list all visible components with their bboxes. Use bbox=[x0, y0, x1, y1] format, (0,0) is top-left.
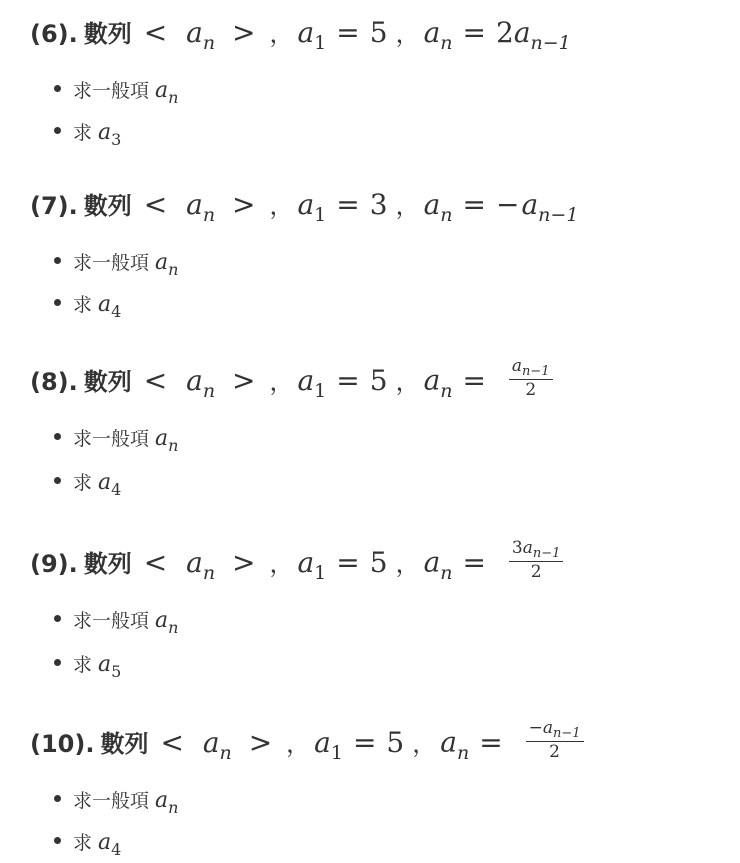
problem-heading: (7). 數列 < an > ， a1=3 ， an=−an−1 bbox=[30, 186, 578, 221]
sequence-notation: < an > bbox=[144, 546, 256, 579]
task-math: an bbox=[155, 608, 178, 633]
task-sub: n bbox=[168, 260, 178, 279]
comma: ， bbox=[269, 544, 293, 579]
problem-title: 數列 bbox=[84, 544, 132, 579]
task-item: 求一般項 an bbox=[54, 424, 178, 451]
task-sub: n bbox=[168, 88, 178, 107]
task-text: 求 bbox=[73, 118, 92, 145]
recurrence: an=−an−1 bbox=[424, 188, 579, 221]
init-sub: 1 bbox=[314, 562, 326, 584]
task-text: 求 bbox=[73, 290, 92, 317]
denominator: 2 bbox=[525, 380, 536, 400]
init-value: 5 bbox=[386, 726, 404, 759]
task-math: a4 bbox=[98, 470, 121, 495]
initial-condition: a1=5 bbox=[314, 726, 404, 759]
rec-var: a bbox=[424, 546, 441, 579]
problem-number: (7). bbox=[30, 192, 78, 220]
comma: ， bbox=[286, 724, 310, 759]
equals: = bbox=[336, 364, 359, 397]
problem-title: 數列 bbox=[84, 186, 132, 221]
seq-var: a bbox=[186, 16, 203, 49]
rhs-sub: n−1 bbox=[533, 546, 561, 561]
task-item: 求一般項 an bbox=[54, 786, 178, 813]
initial-condition: a1=5 bbox=[297, 546, 387, 579]
task-var: a bbox=[155, 608, 168, 633]
task-text: 求一般項 bbox=[73, 606, 149, 633]
problem-title: 數列 bbox=[100, 724, 148, 759]
task-var: a bbox=[155, 78, 168, 103]
angle-close: > bbox=[232, 546, 255, 579]
seq-sub: n bbox=[203, 32, 215, 54]
init-sub: 1 bbox=[314, 380, 326, 402]
comma: ， bbox=[269, 186, 293, 221]
seq-sub: n bbox=[203, 204, 215, 226]
task-item: 求 a5 bbox=[54, 650, 121, 677]
sequence-notation: < an > bbox=[144, 16, 256, 49]
angle-close: > bbox=[232, 364, 255, 397]
rec-var: a bbox=[440, 726, 457, 759]
task-var: a bbox=[98, 830, 111, 855]
sequence-notation: < an > bbox=[160, 726, 272, 759]
rhs-var: a bbox=[512, 356, 522, 376]
task-math: a5 bbox=[98, 652, 121, 677]
task-math: a4 bbox=[98, 830, 121, 855]
problem-title: 數列 bbox=[84, 362, 132, 397]
equals: = bbox=[463, 546, 486, 579]
task-math: a4 bbox=[98, 292, 121, 317]
task-sub: n bbox=[168, 798, 178, 817]
denominator: 2 bbox=[549, 742, 560, 762]
bullet-icon bbox=[54, 257, 61, 264]
numerator: an−1 bbox=[509, 356, 553, 380]
rec-var: a bbox=[424, 188, 441, 221]
seq-var: a bbox=[186, 188, 203, 221]
task-text: 求 bbox=[73, 650, 92, 677]
equals: = bbox=[463, 364, 486, 397]
comma: ， bbox=[269, 14, 293, 49]
rec-sub: n bbox=[457, 742, 469, 764]
task-sub: 4 bbox=[111, 480, 121, 499]
angle-open: < bbox=[144, 546, 167, 579]
task-item: 求一般項 an bbox=[54, 606, 178, 633]
task-math: an bbox=[155, 426, 178, 451]
init-var: a bbox=[297, 188, 314, 221]
rec-sub: n bbox=[440, 562, 452, 584]
init-value: 5 bbox=[370, 546, 388, 579]
rhs-var: a bbox=[514, 16, 531, 49]
equals: = bbox=[353, 726, 376, 759]
fraction: 3an−1 2 bbox=[509, 538, 564, 582]
initial-condition: a1=5 bbox=[297, 364, 387, 397]
init-var: a bbox=[297, 364, 314, 397]
init-var: a bbox=[314, 726, 331, 759]
task-item: 求 a4 bbox=[54, 828, 121, 855]
init-value: 5 bbox=[370, 16, 388, 49]
angle-open: < bbox=[160, 726, 183, 759]
task-text: 求一般項 bbox=[73, 76, 149, 103]
bullet-icon bbox=[54, 659, 61, 666]
problem-number: (6). bbox=[30, 20, 78, 48]
fraction: an−1 2 bbox=[509, 356, 553, 400]
rhs-sub: n−1 bbox=[522, 364, 550, 379]
rec-var: a bbox=[424, 16, 441, 49]
task-var: a bbox=[98, 292, 111, 317]
fraction: −an−1 2 bbox=[526, 718, 584, 762]
rhs-sub: n−1 bbox=[531, 32, 571, 54]
task-text: 求 bbox=[73, 468, 92, 495]
equals: = bbox=[479, 726, 502, 759]
task-sub: n bbox=[168, 618, 178, 637]
rhs-var: a bbox=[521, 188, 538, 221]
task-var: a bbox=[98, 470, 111, 495]
sequence-notation: < an > bbox=[144, 364, 256, 397]
problem-title: 數列 bbox=[84, 14, 132, 49]
init-value: 5 bbox=[370, 364, 388, 397]
init-var: a bbox=[297, 16, 314, 49]
rec-sub: n bbox=[440, 32, 452, 54]
angle-close: > bbox=[249, 726, 272, 759]
init-var: a bbox=[297, 546, 314, 579]
recurrence: an= −an−1 2 bbox=[440, 722, 583, 766]
task-item: 求 a4 bbox=[54, 468, 121, 495]
task-var: a bbox=[155, 250, 168, 275]
task-text: 求一般項 bbox=[73, 248, 149, 275]
denominator: 2 bbox=[531, 562, 542, 582]
rhs-coef: − bbox=[529, 718, 543, 738]
sequence-notation: < an > bbox=[144, 188, 256, 221]
task-item: 求一般項 an bbox=[54, 248, 178, 275]
seq-sub: n bbox=[203, 380, 215, 402]
task-math: an bbox=[155, 788, 178, 813]
recurrence: an= an−1 2 bbox=[424, 360, 553, 404]
equals: = bbox=[336, 188, 359, 221]
bullet-icon bbox=[54, 299, 61, 306]
equals: = bbox=[463, 16, 486, 49]
equals: = bbox=[463, 188, 486, 221]
equals: = bbox=[336, 546, 359, 579]
seq-var: a bbox=[203, 726, 220, 759]
problem-heading: (9). 數列 < an > ， a1=5 ， an= 3an−1 2 bbox=[30, 542, 563, 586]
comma: ， bbox=[396, 186, 420, 221]
problem-number: (8). bbox=[30, 368, 78, 396]
angle-open: < bbox=[144, 364, 167, 397]
rhs-sub: n−1 bbox=[553, 726, 581, 741]
init-sub: 1 bbox=[331, 742, 343, 764]
angle-close: > bbox=[232, 16, 255, 49]
seq-sub: n bbox=[220, 742, 232, 764]
task-math: a3 bbox=[98, 120, 121, 145]
angle-close: > bbox=[232, 188, 255, 221]
task-item: 求一般項 an bbox=[54, 76, 178, 103]
comma: ， bbox=[396, 544, 420, 579]
angle-open: < bbox=[144, 188, 167, 221]
bullet-icon bbox=[54, 85, 61, 92]
init-sub: 1 bbox=[314, 204, 326, 226]
task-var: a bbox=[155, 788, 168, 813]
bullet-icon bbox=[54, 615, 61, 622]
rhs-coef: 3 bbox=[512, 538, 523, 558]
problem-number: (10). bbox=[30, 730, 94, 758]
init-sub: 1 bbox=[314, 32, 326, 54]
problem-heading: (8). 數列 < an > ， a1=5 ， an= an−1 2 bbox=[30, 360, 553, 404]
seq-var: a bbox=[186, 546, 203, 579]
task-var: a bbox=[155, 426, 168, 451]
task-sub: 5 bbox=[111, 662, 121, 681]
rhs-coef: 2 bbox=[496, 16, 514, 49]
comma: ， bbox=[396, 362, 420, 397]
task-text: 求一般項 bbox=[73, 786, 149, 813]
initial-condition: a1=3 bbox=[297, 188, 387, 221]
bullet-icon bbox=[54, 433, 61, 440]
task-sub: n bbox=[168, 436, 178, 455]
recurrence: an= 3an−1 2 bbox=[424, 542, 564, 586]
comma: ， bbox=[269, 362, 293, 397]
recurrence: an=2an−1 bbox=[424, 16, 571, 49]
initial-condition: a1=5 bbox=[297, 16, 387, 49]
task-sub: 4 bbox=[111, 840, 121, 859]
seq-sub: n bbox=[203, 562, 215, 584]
bullet-icon bbox=[54, 837, 61, 844]
task-var: a bbox=[98, 120, 111, 145]
task-item: 求 a3 bbox=[54, 118, 121, 145]
task-sub: 3 bbox=[111, 130, 121, 149]
rhs-var: a bbox=[523, 538, 533, 558]
equals: = bbox=[336, 16, 359, 49]
angle-open: < bbox=[144, 16, 167, 49]
numerator: −an−1 bbox=[526, 718, 584, 742]
problem-number: (9). bbox=[30, 550, 78, 578]
seq-var: a bbox=[186, 364, 203, 397]
rec-sub: n bbox=[440, 204, 452, 226]
rhs-sub: n−1 bbox=[538, 204, 578, 226]
comma: ， bbox=[396, 14, 420, 49]
task-var: a bbox=[98, 652, 111, 677]
task-math: an bbox=[155, 78, 178, 103]
task-text: 求一般項 bbox=[73, 424, 149, 451]
init-value: 3 bbox=[370, 188, 388, 221]
task-item: 求 a4 bbox=[54, 290, 121, 317]
rhs-coef: − bbox=[496, 188, 519, 221]
problem-heading: (10). 數列 < an > ， a1=5 ， an= −an−1 2 bbox=[30, 722, 584, 766]
task-text: 求 bbox=[73, 828, 92, 855]
bullet-icon bbox=[54, 477, 61, 484]
rec-var: a bbox=[424, 364, 441, 397]
problem-heading: (6). 數列 < an > ， a1=5 ， an=2an−1 bbox=[30, 14, 571, 49]
bullet-icon bbox=[54, 795, 61, 802]
task-math: an bbox=[155, 250, 178, 275]
rec-sub: n bbox=[440, 380, 452, 402]
comma: ， bbox=[412, 724, 436, 759]
numerator: 3an−1 bbox=[509, 538, 564, 562]
task-sub: 4 bbox=[111, 302, 121, 321]
bullet-icon bbox=[54, 127, 61, 134]
rhs-var: a bbox=[543, 718, 553, 738]
